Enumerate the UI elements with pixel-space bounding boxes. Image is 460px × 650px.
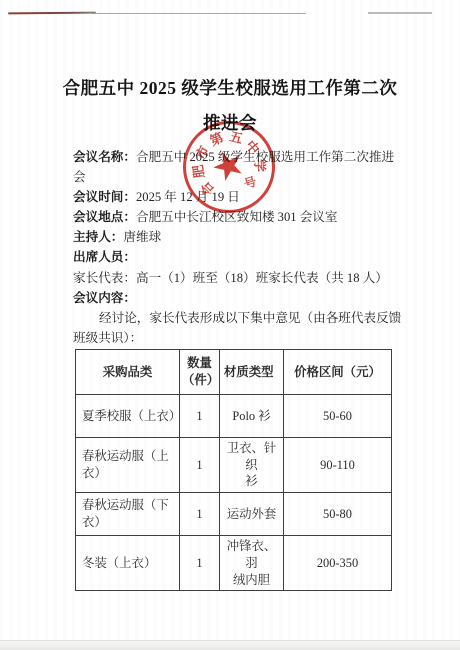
table-header: 采购品类数量（件）材质类型价格区间（元） bbox=[76, 350, 392, 395]
table-row: 夏季校服（上衣）1Polo 衫50-60 bbox=[76, 395, 392, 438]
table-cell: 1 bbox=[180, 395, 220, 438]
field-value: 经讨论，家长代表形成以下集中意见（由各班代表反馈 bbox=[99, 311, 401, 325]
uniform-price-table: 采购品类数量（件）材质类型价格区间（元） 夏季校服（上衣）1Polo 衫50-6… bbox=[75, 349, 392, 591]
field-label: 主持人： bbox=[73, 230, 123, 244]
table-cell: 冲锋衣、羽绒内胆 bbox=[220, 536, 284, 591]
meeting-info-line: 班级共识）： bbox=[73, 328, 395, 348]
field-value: 唐维球 bbox=[123, 230, 161, 244]
table-cell: 1 bbox=[180, 536, 220, 591]
table-row: 冬装（上衣）1冲锋衣、羽绒内胆200-350 bbox=[76, 536, 392, 591]
table-cell: 春秋运动服（上衣） bbox=[76, 438, 180, 493]
table-cell: 1 bbox=[180, 438, 220, 493]
scan-artifact-line bbox=[92, 13, 306, 14]
field-value: 家长代表：高一（1）班至（18）班家长代表（共 18 人） bbox=[73, 271, 388, 285]
field-label: 会议内容： bbox=[73, 291, 136, 305]
document-title-line1: 合肥五中 2025 级学生校服选用工作第二次 bbox=[0, 71, 460, 106]
table-cell: Polo 衫 bbox=[220, 395, 284, 438]
table-header-cell: 材质类型 bbox=[220, 350, 284, 395]
table-body: 夏季校服（上衣）1Polo 衫50-60春秋运动服（上衣）1卫衣、针织衫90-1… bbox=[76, 395, 392, 591]
table-row: 春秋运动服（上衣）1卫衣、针织衫90-110 bbox=[76, 438, 392, 493]
scan-artifact-line bbox=[8, 12, 96, 15]
table-cell: 1 bbox=[180, 493, 220, 536]
seal-arc-char: 学 bbox=[254, 159, 270, 174]
table-cell: 200-350 bbox=[284, 536, 392, 591]
table-header-cell: 价格区间（元） bbox=[284, 350, 392, 395]
table-header-cell: 数量（件） bbox=[180, 350, 220, 395]
meeting-info-line: 出席人员： bbox=[73, 247, 395, 267]
table-cell: 夏季校服（上衣） bbox=[76, 395, 180, 438]
seal-arc-char: 肥 bbox=[187, 164, 205, 180]
meeting-info-line: 经讨论，家长代表形成以下集中意见（由各班代表反馈 bbox=[73, 308, 395, 328]
field-value: 会 bbox=[73, 170, 86, 184]
field-label: 会议名称： bbox=[73, 150, 136, 164]
table-cell: 卫衣、针织衫 bbox=[220, 438, 284, 493]
meeting-info-line: 会议内容： bbox=[73, 288, 395, 308]
field-label: 出席人员： bbox=[73, 250, 136, 264]
field-label: 会议时间： bbox=[73, 190, 136, 204]
field-value: 班级共识）： bbox=[73, 331, 142, 345]
table-row: 春秋运动服（下衣）1运动外套50-80 bbox=[76, 493, 392, 536]
scanned-document-page: 合肥五中 2025 级学生校服选用工作第二次 推进会 会议名称：合肥五中 202… bbox=[0, 0, 460, 650]
table-cell: 冬装（上衣） bbox=[76, 536, 180, 591]
table-cell: 50-60 bbox=[284, 395, 392, 438]
table-cell: 运动外套 bbox=[220, 493, 284, 536]
table-cell: 90-110 bbox=[284, 438, 392, 493]
meeting-info-line: 主持人：唐维球 bbox=[73, 227, 395, 247]
table-header-cell: 采购品类 bbox=[76, 350, 180, 395]
table-cell: 50-80 bbox=[284, 493, 392, 536]
meeting-info-line: 家长代表：高一（1）班至（18）班家长代表（共 18 人） bbox=[73, 268, 395, 288]
field-label: 会议地点： bbox=[73, 210, 136, 224]
scan-artifact-line bbox=[368, 12, 432, 14]
table-cell: 春秋运动服（下衣） bbox=[76, 493, 180, 536]
page-bottom-edge bbox=[0, 640, 460, 650]
